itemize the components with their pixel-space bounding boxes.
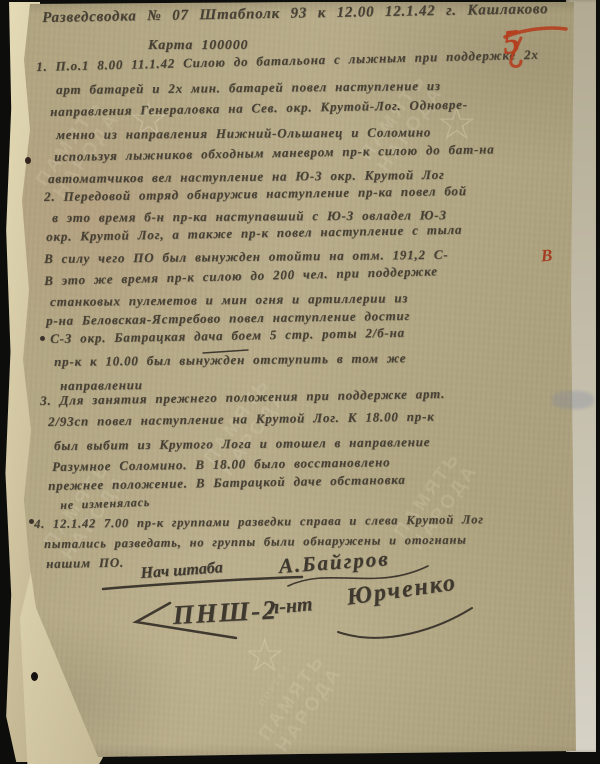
handwritten-line: Карта 100000 — [148, 38, 248, 54]
ink-blot — [40, 336, 45, 341]
signature-rank: л-нт — [268, 593, 313, 620]
handwritten-line: нашим ПО. — [46, 555, 124, 572]
scanned-document-page: ☆ ПАМЯТЬНАРОДА ☆ ПАМЯТЬНАРОДА ПАМЯТЬНАРО… — [0, 0, 600, 764]
punch-hole — [25, 157, 31, 164]
red-pencil-letter: В — [540, 246, 553, 267]
faded-stamp-smudge — [552, 391, 594, 409]
handwritten-line: менно из направления Нижний-Ольшанец и С… — [56, 124, 431, 143]
handwritten-line: не изменялась — [60, 495, 150, 513]
signature-role-pnsh2: ПНШ-2 — [172, 595, 278, 631]
punch-hole — [31, 672, 38, 681]
ink-blot — [29, 519, 34, 524]
